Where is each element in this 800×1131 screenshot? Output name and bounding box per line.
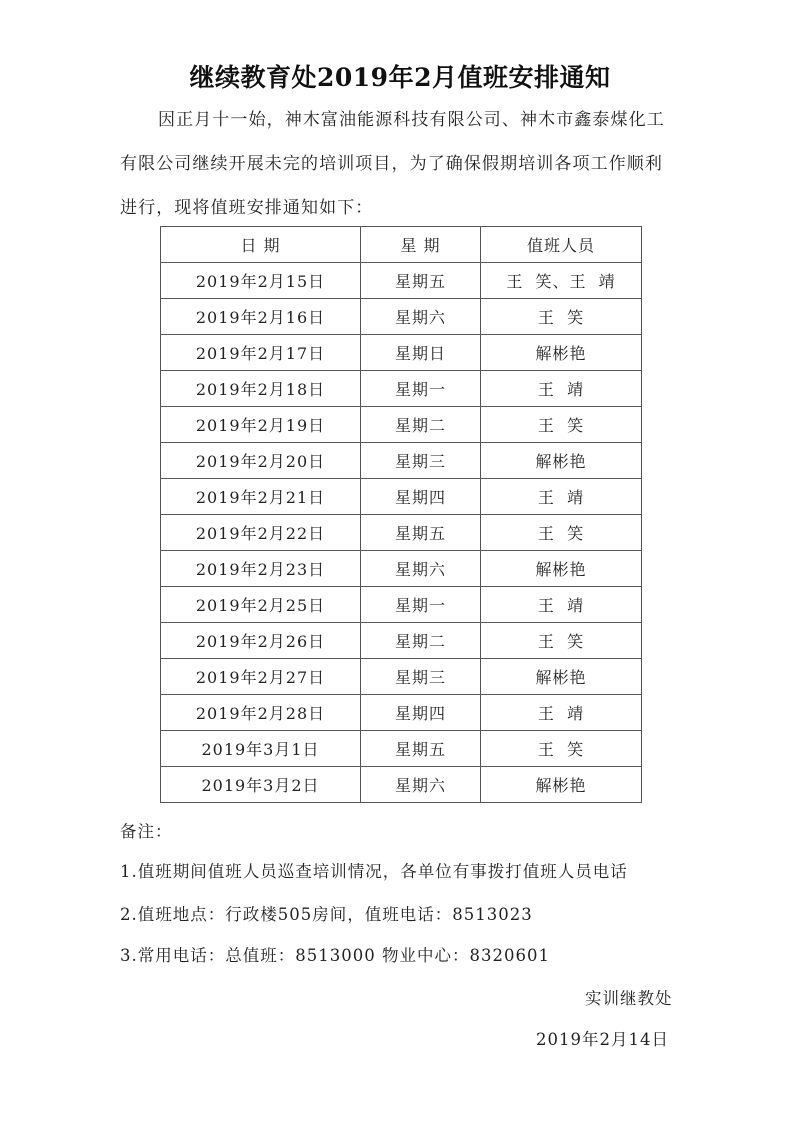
date-cell: 2019年2月19日 bbox=[161, 407, 361, 443]
date-cell: 2019年2月16日 bbox=[161, 299, 361, 335]
date-cell: 2019年2月20日 bbox=[161, 443, 361, 479]
weekday-cell: 星期三 bbox=[361, 659, 481, 695]
staff-cell: 解彬艳 bbox=[481, 767, 642, 803]
note-item-2: 2.值班地点：行政楼505房间，值班电话：8513023 bbox=[120, 901, 533, 925]
weekday-cell: 星期三 bbox=[361, 443, 481, 479]
staff-cell: 解彬艳 bbox=[481, 443, 642, 479]
staff-cell: 王 靖 bbox=[481, 587, 642, 623]
staff-cell: 王 笑 bbox=[481, 299, 642, 335]
date-cell: 2019年3月2日 bbox=[161, 767, 361, 803]
weekday-cell: 星期六 bbox=[361, 767, 481, 803]
note-item-3: 3.常用电话：总值班：8513000 物业中心：8320601 bbox=[120, 942, 550, 966]
staff-cell: 解彬艳 bbox=[481, 659, 642, 695]
table-row: 2019年2月18日星期一王 靖 bbox=[161, 371, 642, 407]
table-row: 2019年3月1日星期五王 笑 bbox=[161, 731, 642, 767]
table-row: 2019年2月17日星期日解彬艳 bbox=[161, 335, 642, 371]
date-cell: 2019年2月15日 bbox=[161, 263, 361, 299]
staff-cell: 解彬艳 bbox=[481, 335, 642, 371]
table-header-row: 日 期 星 期 值班人员 bbox=[161, 227, 642, 263]
date-cell: 2019年2月17日 bbox=[161, 335, 361, 371]
table-row: 2019年3月2日星期六解彬艳 bbox=[161, 767, 642, 803]
staff-cell: 王 笑 bbox=[481, 731, 642, 767]
table-row: 2019年2月15日星期五王 笑、王 靖 bbox=[161, 263, 642, 299]
weekday-cell: 星期一 bbox=[361, 371, 481, 407]
date-cell: 2019年2月22日 bbox=[161, 515, 361, 551]
table-row: 2019年2月22日星期五王 笑 bbox=[161, 515, 642, 551]
signature-date: 2019年2月14日 bbox=[536, 1026, 669, 1050]
signature-org: 实训继教处 bbox=[585, 985, 673, 1009]
date-cell: 2019年2月28日 bbox=[161, 695, 361, 731]
weekday-cell: 星期四 bbox=[361, 695, 481, 731]
weekday-cell: 星期一 bbox=[361, 587, 481, 623]
header-staff: 值班人员 bbox=[481, 227, 642, 263]
header-date: 日 期 bbox=[161, 227, 361, 263]
notes-heading: 备注： bbox=[120, 818, 173, 842]
staff-cell: 王 靖 bbox=[481, 479, 642, 515]
date-cell: 2019年2月27日 bbox=[161, 659, 361, 695]
intro-line-2: 有限公司继续开展未完的培训项目，为了确保假期培训各项工作顺利 bbox=[120, 146, 685, 182]
staff-cell: 王 笑 bbox=[481, 515, 642, 551]
weekday-cell: 星期四 bbox=[361, 479, 481, 515]
weekday-cell: 星期日 bbox=[361, 335, 481, 371]
weekday-cell: 星期五 bbox=[361, 515, 481, 551]
weekday-cell: 星期二 bbox=[361, 407, 481, 443]
intro-line-3: 进行，现将值班安排通知如下： bbox=[120, 190, 685, 226]
date-cell: 2019年3月1日 bbox=[161, 731, 361, 767]
staff-cell: 王 笑 bbox=[481, 407, 642, 443]
table-row: 2019年2月25日星期一王 靖 bbox=[161, 587, 642, 623]
weekday-cell: 星期五 bbox=[361, 263, 481, 299]
date-cell: 2019年2月26日 bbox=[161, 623, 361, 659]
staff-cell: 王 笑 bbox=[481, 623, 642, 659]
table-row: 2019年2月19日星期二王 笑 bbox=[161, 407, 642, 443]
document-title: 继续教育处2019年2月值班安排通知 bbox=[0, 58, 800, 94]
date-cell: 2019年2月23日 bbox=[161, 551, 361, 587]
staff-cell: 王 靖 bbox=[481, 695, 642, 731]
date-cell: 2019年2月21日 bbox=[161, 479, 361, 515]
table-row: 2019年2月21日星期四王 靖 bbox=[161, 479, 642, 515]
intro-line-1: 因正月十一始，神木富油能源科技有限公司、神木市鑫泰煤化工 bbox=[158, 102, 723, 138]
table-row: 2019年2月27日星期三解彬艳 bbox=[161, 659, 642, 695]
table-row: 2019年2月23日星期六解彬艳 bbox=[161, 551, 642, 587]
table-row: 2019年2月28日星期四王 靖 bbox=[161, 695, 642, 731]
weekday-cell: 星期五 bbox=[361, 731, 481, 767]
weekday-cell: 星期六 bbox=[361, 299, 481, 335]
note-item-1: 1.值班期间值班人员巡查培训情况，各单位有事拨打值班人员电话 bbox=[120, 858, 628, 882]
duty-schedule-table: 日 期 星 期 值班人员 2019年2月15日星期五王 笑、王 靖2019年2月… bbox=[160, 226, 642, 803]
header-weekday: 星 期 bbox=[361, 227, 481, 263]
staff-cell: 王 笑、王 靖 bbox=[481, 263, 642, 299]
date-cell: 2019年2月18日 bbox=[161, 371, 361, 407]
date-cell: 2019年2月25日 bbox=[161, 587, 361, 623]
table-row: 2019年2月16日星期六王 笑 bbox=[161, 299, 642, 335]
weekday-cell: 星期六 bbox=[361, 551, 481, 587]
table-row: 2019年2月26日星期二王 笑 bbox=[161, 623, 642, 659]
staff-cell: 王 靖 bbox=[481, 371, 642, 407]
staff-cell: 解彬艳 bbox=[481, 551, 642, 587]
table-row: 2019年2月20日星期三解彬艳 bbox=[161, 443, 642, 479]
weekday-cell: 星期二 bbox=[361, 623, 481, 659]
